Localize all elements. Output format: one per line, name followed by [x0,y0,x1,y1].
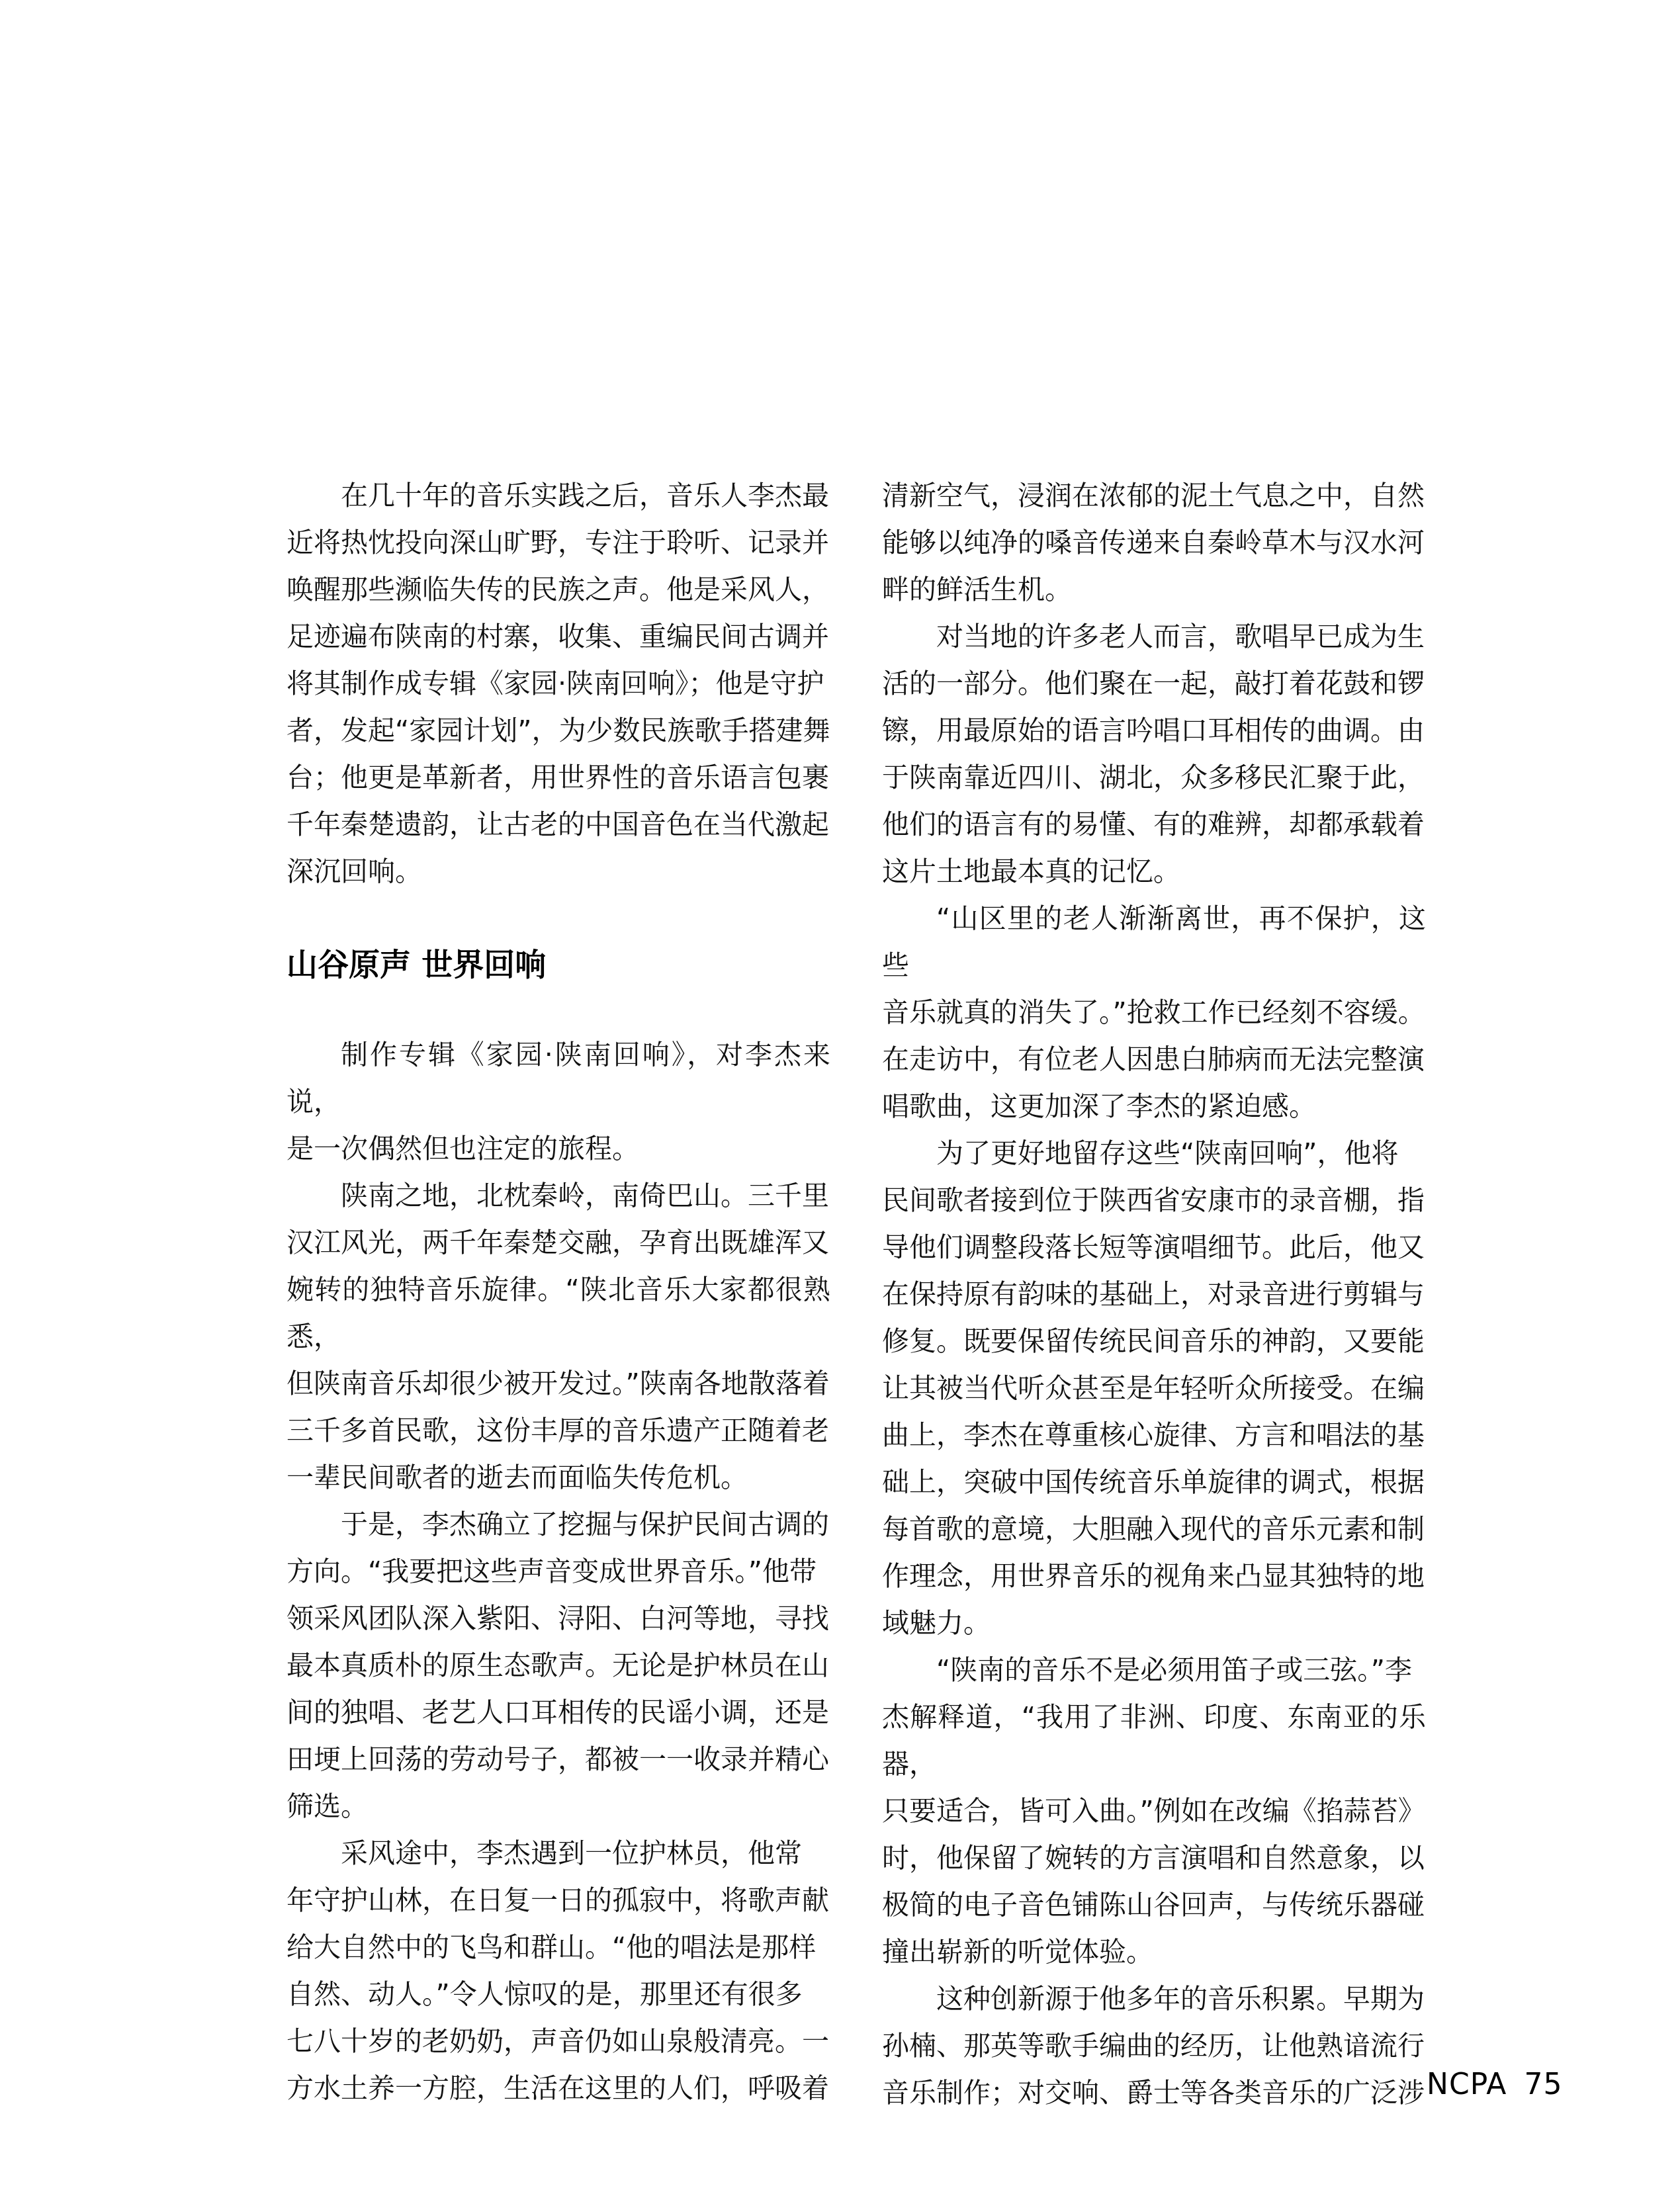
paragraph: “陕南的音乐不是必须用笛子或三弦。”李 杰解释道，“我用了非洲、印度、东南亚的乐… [882,1647,1426,1976]
magazine-page: 在几十年的音乐实践之后，音乐人李杰最 近将热忱投向深山旷野，专注于聆听、记录并 … [0,0,1680,2188]
footer-page-number: 75 [1524,2070,1562,2100]
paragraph: 对当地的许多老人而言，歌唱早已成为生 活的一部分。他们聚在一起，敲打着花鼓和锣 … [882,613,1426,895]
left-column: 在几十年的音乐实践之后，音乐人李杰最 近将热忱投向深山旷野，专注于聆听、记录并 … [287,472,830,2112]
footer-journal-label: NCPA [1427,2070,1507,2100]
paragraph: 陕南之地，北枕秦岭，南倚巴山。三千里 汉江风光，两千年秦楚交融，孕育出既雄浑又 … [287,1172,830,1501]
paragraph: “山区里的老人渐渐离世，再不保护，这些 音乐就真的消失了。”抢救工作已经刻不容缓… [882,895,1426,1130]
paragraph: 于是，李杰确立了挖掘与保护民间古调的 方向。“我要把这些声音变成世界音乐。”他带… [287,1501,830,1830]
paragraph: 在几十年的音乐实践之后，音乐人李杰最 近将热忱投向深山旷野，专注于聆听、记录并 … [287,472,830,895]
paragraph: 清新空气，浸润在浓郁的泥土气息之中，自然 能够以纯净的嗓音传递来自秦岭草木与汉水… [882,472,1426,613]
paragraph: 这种创新源于他多年的音乐积累。早期为 孙楠、那英等歌手编曲的经历，让他熟谙流行 … [882,1976,1426,2117]
paragraph: 制作专辑《家园·陕南回响》，对李杰来说， 是一次偶然但也注定的旅程。 [287,1031,830,1172]
section-heading: 山谷原声 世界回响 [287,941,830,989]
paragraph: 采风途中，李杰遇到一位护林员，他常 年守护山林，在日复一日的孤寂中，将歌声献 给… [287,1830,830,2112]
right-column: 清新空气，浸润在浓郁的泥土气息之中，自然 能够以纯净的嗓音传递来自秦岭草木与汉水… [882,472,1426,2117]
page-footer: NCPA 75 [1427,2070,1562,2100]
paragraph: 为了更好地留存这些“陕南回响”，他将 民间歌者接到位于陕西省安康市的录音棚，指 … [882,1130,1426,1647]
